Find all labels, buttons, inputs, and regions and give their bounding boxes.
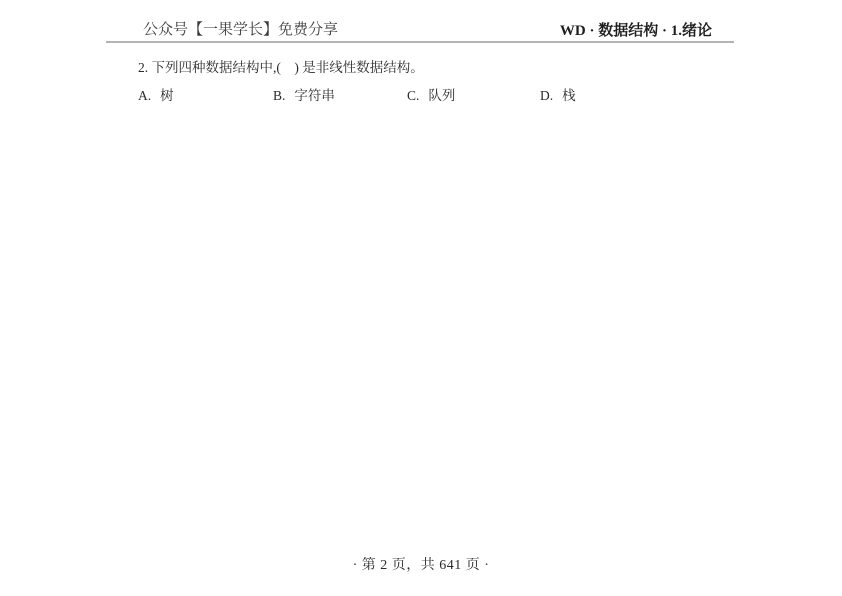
option-c: C.队列 xyxy=(407,89,455,104)
option-a-text: 树 xyxy=(160,88,174,103)
header-left-text: 公众号【一果学长】免费分享 xyxy=(143,22,338,39)
header-right-text: WD · 数据结构 · 1.绪论 xyxy=(560,23,712,40)
page-number-footer: · 第 2 页，共 641 页 · xyxy=(0,558,842,573)
option-c-text: 队列 xyxy=(428,88,455,103)
option-a: A.树 xyxy=(138,89,174,104)
option-c-label: C. xyxy=(407,89,419,104)
option-b: B.字符串 xyxy=(273,89,335,104)
header-rule xyxy=(106,41,734,43)
option-d-text: 栈 xyxy=(562,88,576,103)
question-text: 2. 下列四种数据结构中,( ) 是非线性数据结构。 xyxy=(138,60,424,77)
option-d-label: D. xyxy=(540,89,553,104)
option-a-label: A. xyxy=(138,89,151,104)
option-b-label: B. xyxy=(273,89,285,104)
options-row: A.树 B.字符串 C.队列 D.栈 xyxy=(0,89,842,107)
option-d: D.栈 xyxy=(540,89,576,104)
option-b-text: 字符串 xyxy=(294,88,335,103)
pdf-page: 公众号【一果学长】免费分享 WD · 数据结构 · 1.绪论 2. 下列四种数据… xyxy=(0,0,842,596)
